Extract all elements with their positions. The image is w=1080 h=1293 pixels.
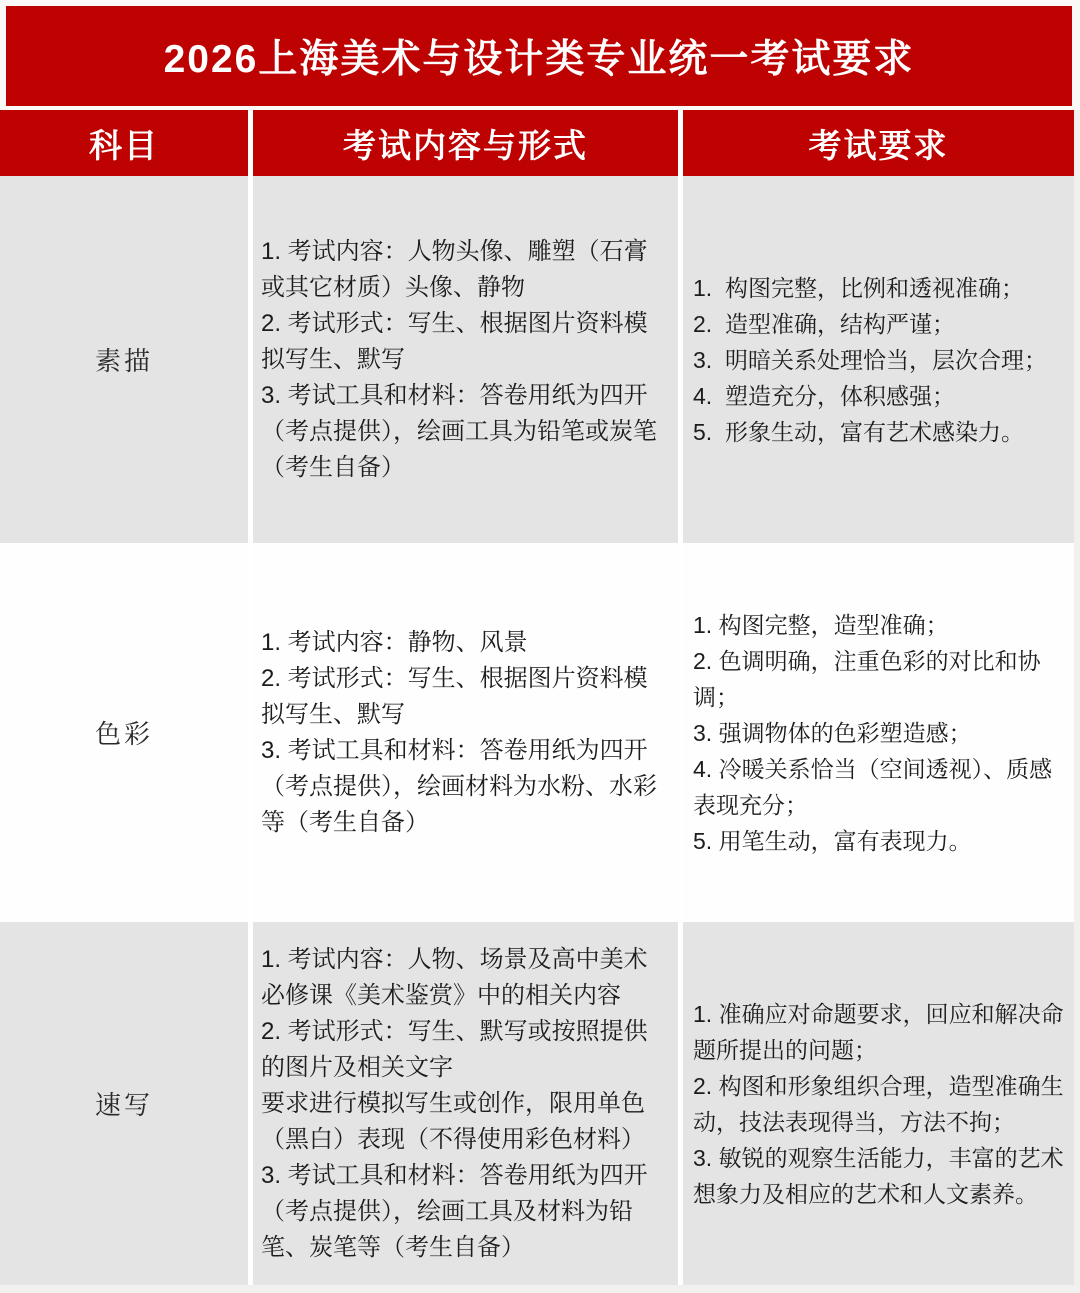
subject-cell-quick-sketch: 速写 xyxy=(0,922,248,1285)
requirements-cell-color: 1. 构图完整，造型准确； 2. 色调明确，注重色彩的对比和协调； 3. 强调物… xyxy=(683,543,1074,922)
exam-requirements-poster: 2026上海美术与设计类专业统一考试要求 科目 考试内容与形式 考试要求 素描 … xyxy=(0,0,1080,1293)
right-margin-strip xyxy=(1074,110,1080,1285)
requirements-cell-sketch: 1. 构图完整，比例和透视准确； 2. 造型准确，结构严谨； 3. 明暗关系处理… xyxy=(683,176,1074,543)
content-cell-quick-sketch: 1. 考试内容：人物、场景及高中美术必修课《美术鉴赏》中的相关内容 2. 考试形… xyxy=(253,922,678,1285)
content-cell-color: 1. 考试内容：静物、风景 2. 考试形式：写生、根据图片资料模拟写生、默写 3… xyxy=(253,543,678,922)
header-cell-requirements: 考试要求 xyxy=(683,110,1074,176)
subject-cell-color: 色彩 xyxy=(0,543,248,922)
page-title: 2026上海美术与设计类专业统一考试要求 xyxy=(6,6,1072,106)
header-cell-content: 考试内容与形式 xyxy=(253,110,678,176)
header-cell-subject: 科目 xyxy=(0,110,248,176)
exam-requirements-table: 科目 考试内容与形式 考试要求 素描 1. 考试内容：人物头像、雕塑（石膏或其它… xyxy=(0,110,1074,1285)
subject-cell-sketch: 素描 xyxy=(0,176,248,543)
bottom-margin-strip xyxy=(0,1285,1080,1293)
requirements-cell-quick-sketch: 1. 准确应对命题要求，回应和解决命题所提出的问题； 2. 构图和形象组织合理，… xyxy=(683,922,1074,1285)
content-cell-sketch: 1. 考试内容：人物头像、雕塑（石膏或其它材质）头像、静物 2. 考试形式：写生… xyxy=(253,176,678,543)
